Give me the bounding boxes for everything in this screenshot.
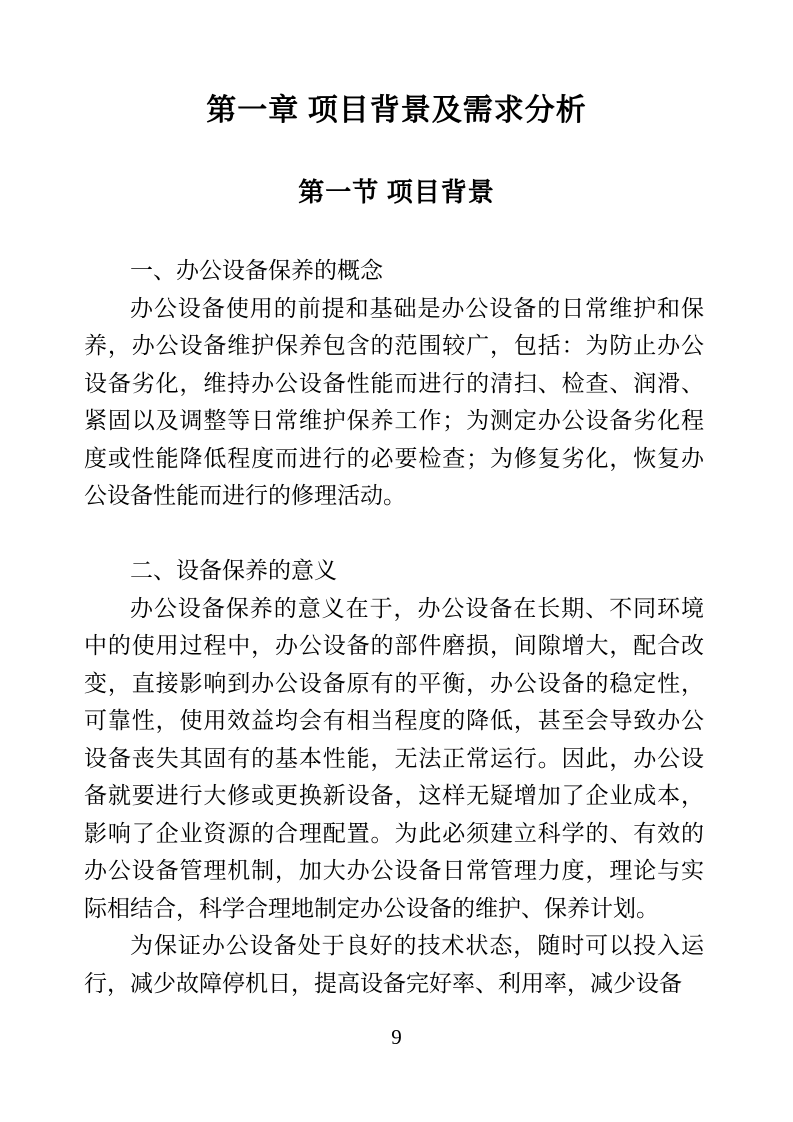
body-text: 一、办公设备保养的概念 办公设备使用的前提和基础是办公设备的日常维护和保养，办公… xyxy=(84,252,704,1002)
document-page: 第一章 项目背景及需求分析 第一节 项目背景 一、办公设备保养的概念 办公设备使… xyxy=(0,0,793,1122)
page-number: 9 xyxy=(0,1022,793,1052)
section-2-heading: 二、设备保养的意义 xyxy=(84,552,704,590)
section-2-paragraph-1: 办公设备保养的意义在于，办公设备在长期、不同环境中的使用过程中，办公设备的部件磨… xyxy=(84,590,704,928)
section-2: 二、设备保养的意义 办公设备保养的意义在于，办公设备在长期、不同环境中的使用过程… xyxy=(84,552,704,1002)
section-title: 第一节 项目背景 xyxy=(0,176,793,210)
chapter-title: 第一章 项目背景及需求分析 xyxy=(0,90,793,132)
section-2-paragraph-2: 为保证办公设备处于良好的技术状态，随时可以投入运行，减少故障停机日，提高设备完好… xyxy=(84,927,704,1002)
section-1-paragraph: 办公设备使用的前提和基础是办公设备的日常维护和保养，办公设备维护保养包含的范围较… xyxy=(84,290,704,515)
section-1-heading: 一、办公设备保养的概念 xyxy=(84,252,704,290)
section-1: 一、办公设备保养的概念 办公设备使用的前提和基础是办公设备的日常维护和保养，办公… xyxy=(84,252,704,515)
